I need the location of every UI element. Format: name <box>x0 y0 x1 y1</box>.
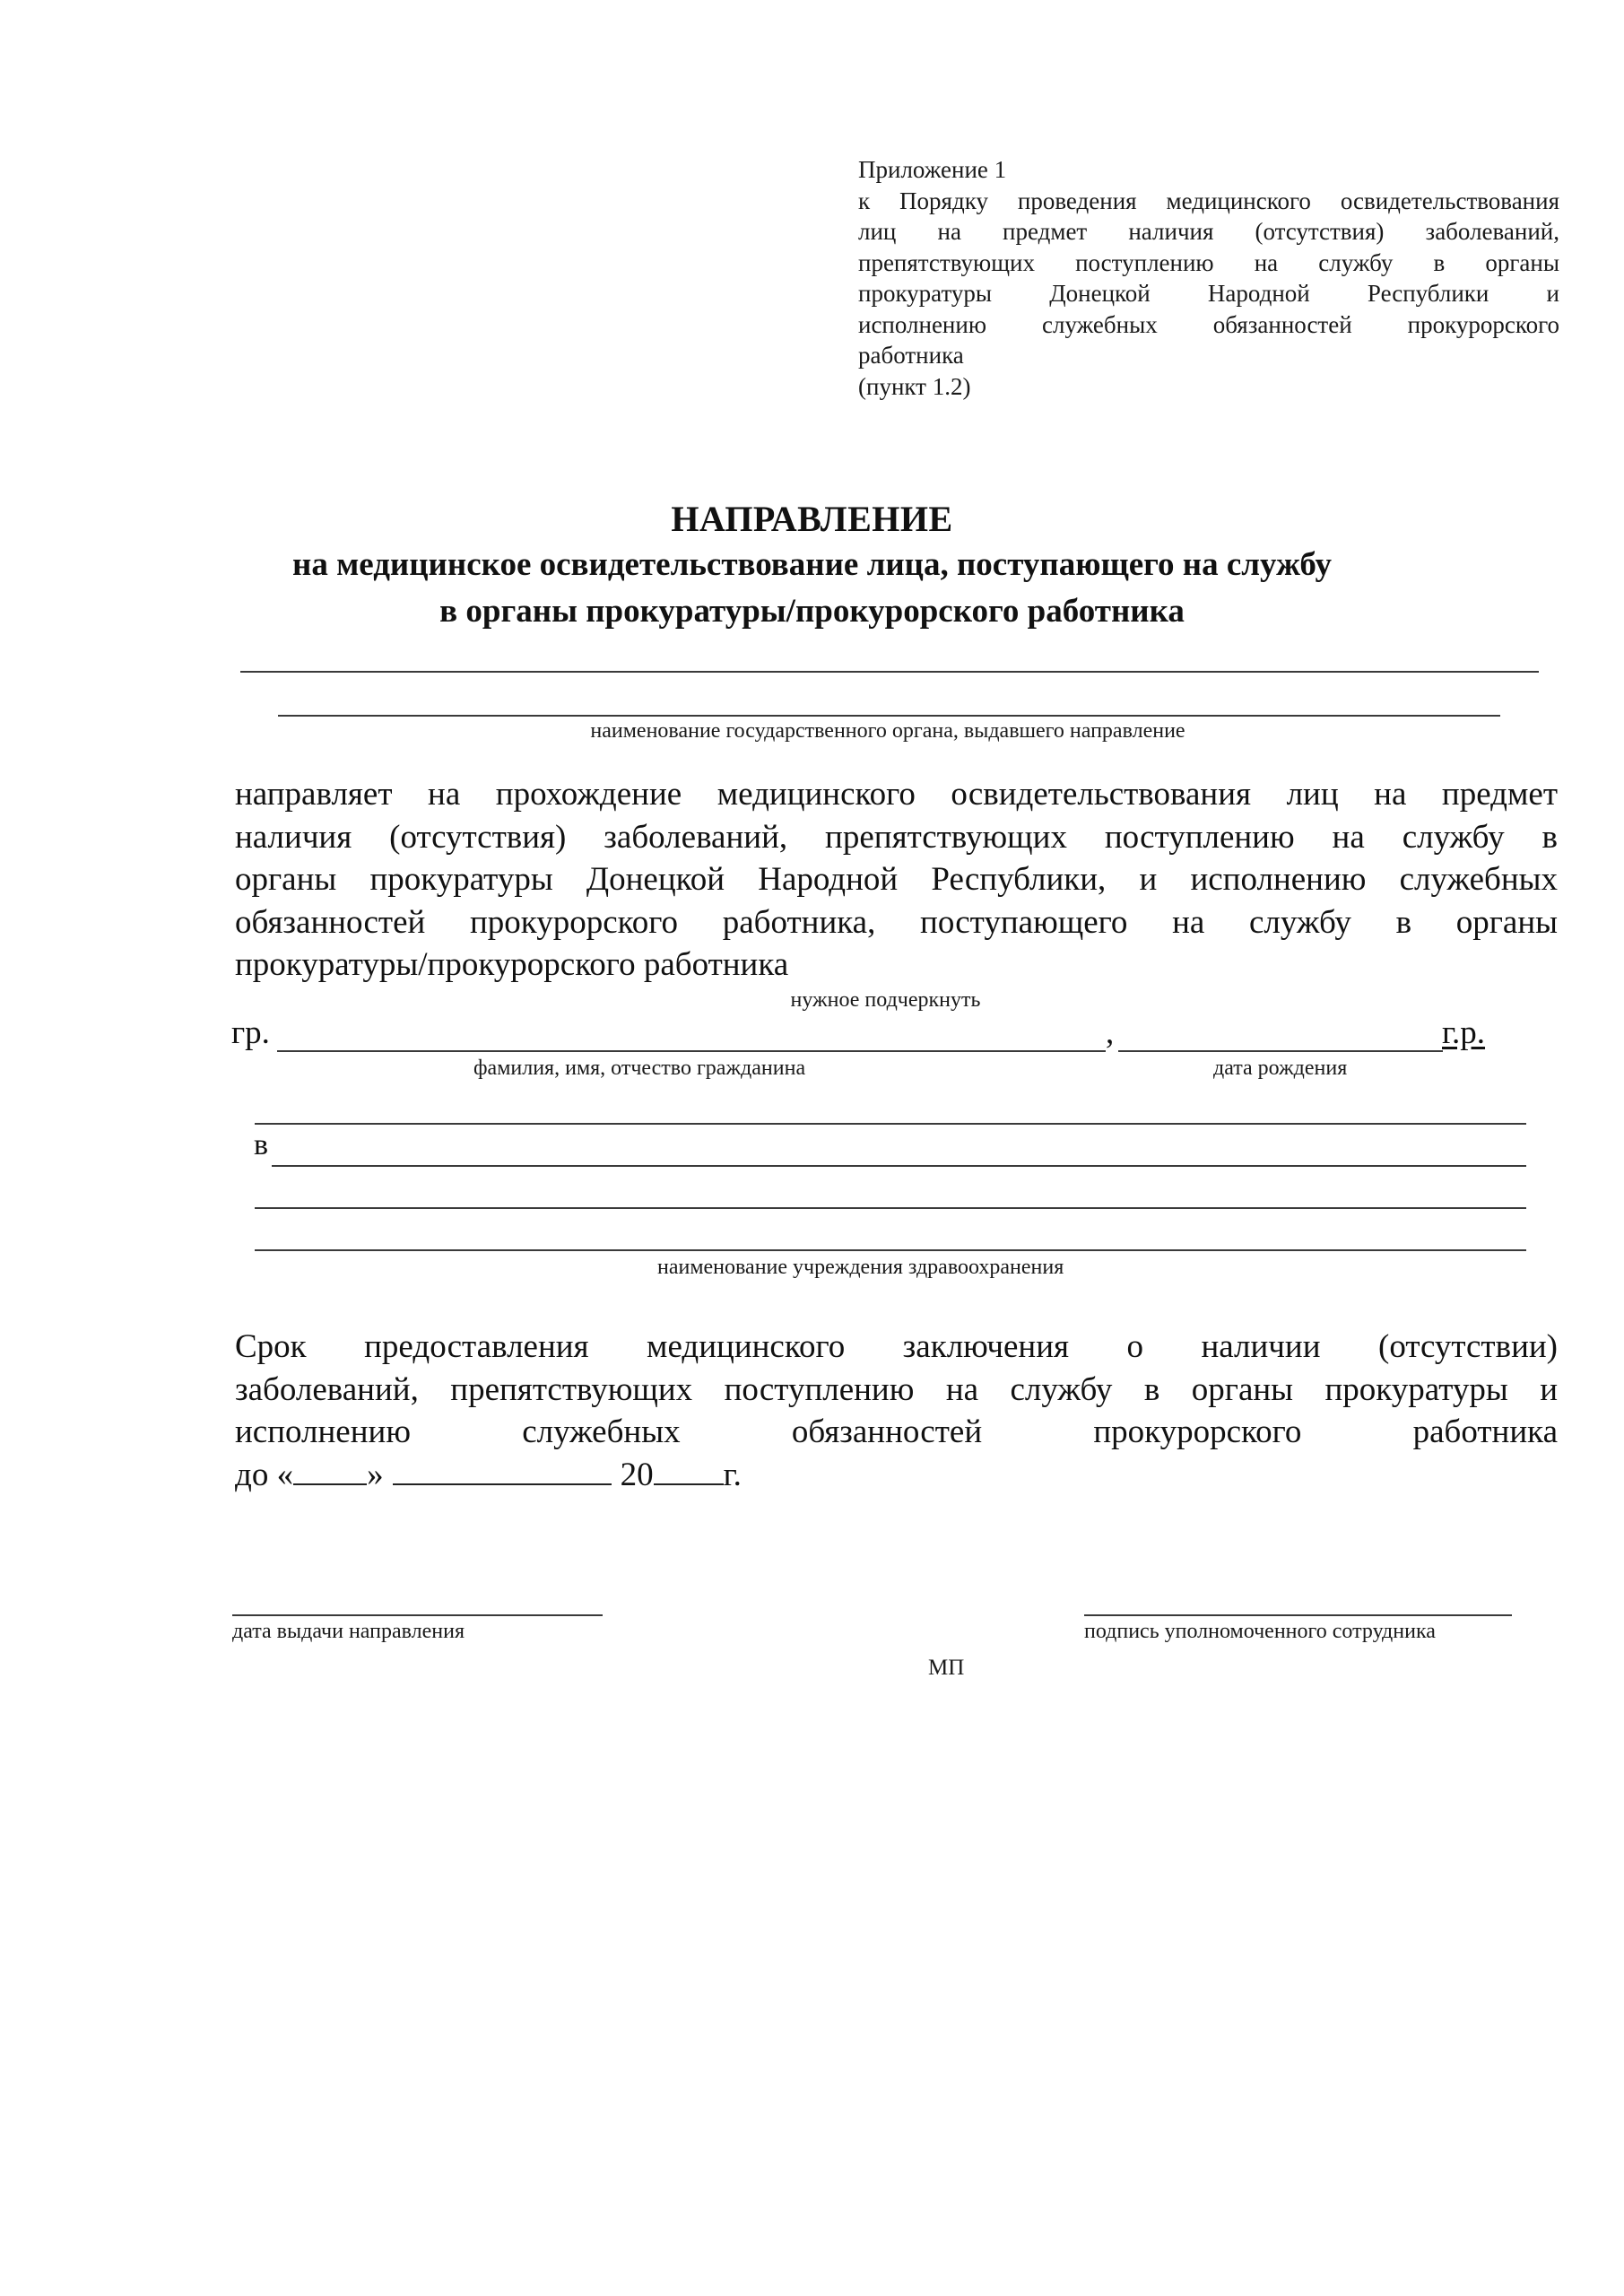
deadline-day-field[interactable] <box>293 1457 367 1485</box>
issuer-field-line-1[interactable] <box>240 671 1539 673</box>
institution-field-line-4[interactable] <box>255 1249 1526 1251</box>
deadline-line: Срок предоставления медицинского заключе… <box>235 1326 1558 1369</box>
citizen-prefix: гр. <box>231 1013 270 1052</box>
body-line: направляет на прохождение медицинского о… <box>235 773 1558 816</box>
citizen-comma: , <box>1106 1013 1114 1052</box>
issue-date-field[interactable] <box>232 1614 603 1616</box>
deadline-month-field[interactable] <box>393 1457 612 1485</box>
appendix-line: исполнению служебных обязанностей прокур… <box>858 309 1559 341</box>
deadline-year-field[interactable] <box>654 1457 724 1485</box>
body-line: обязанностей прокурорского работника, по… <box>235 901 1558 944</box>
deadline-year-suffix: г. <box>724 1457 742 1493</box>
appendix-line: (пункт 1.2) <box>858 371 1559 403</box>
body-paragraph: направляет на прохождение медицинского о… <box>235 773 1558 987</box>
signature-caption: подпись уполномоченного сотрудника <box>1084 1620 1436 1644</box>
appendix-heading: Приложение 1 <box>858 154 1559 186</box>
appendix-line: лиц на предмет наличия (отсутствия) забо… <box>858 216 1559 248</box>
institution-caption: наименование учреждения здравоохранения <box>657 1256 1064 1280</box>
deadline-date-prefix: до « <box>235 1457 293 1493</box>
issue-date-caption: дата выдачи направления <box>232 1620 465 1644</box>
institution-field-line-2[interactable] <box>272 1165 1526 1167</box>
underline-hint: нужное подчеркнуть <box>0 988 1624 1013</box>
appendix-line: препятствующих поступлению на службу в о… <box>858 248 1559 279</box>
citizen-dob-caption: дата рождения <box>1213 1057 1347 1081</box>
document-subtitle-line-1: на медицинское освидетельствование лица,… <box>0 545 1624 584</box>
issuer-field-line-2[interactable] <box>278 715 1500 717</box>
document-subtitle-line-2: в органы прокуратуры/прокурорского работ… <box>0 592 1624 631</box>
signature-field[interactable] <box>1084 1614 1512 1616</box>
appendix-note: Приложение 1 к Порядку проведения медици… <box>858 154 1559 402</box>
citizen-name-field[interactable] <box>277 1050 1106 1052</box>
stamp-placeholder: МП <box>928 1656 964 1681</box>
document-title: НАПРАВЛЕНИЕ <box>0 498 1624 540</box>
appendix-line: прокуратуры Донецкой Народной Республики… <box>858 278 1559 309</box>
deadline-year-prefix: 20 <box>621 1457 654 1493</box>
institution-field-line-1[interactable] <box>255 1123 1526 1125</box>
appendix-line: к Порядку проведения медицинского освиде… <box>858 186 1559 217</box>
deadline-date-line: до «»20г. <box>235 1454 1558 1497</box>
deadline-paragraph: Срок предоставления медицинского заключе… <box>235 1326 1558 1496</box>
appendix-line: работника <box>858 340 1559 371</box>
body-line: наличия (отсутствия) заболеваний, препят… <box>235 816 1558 859</box>
citizen-name-caption: фамилия, имя, отчество гражданина <box>473 1057 805 1081</box>
citizen-dob-field[interactable] <box>1118 1050 1443 1052</box>
institution-prefix: в <box>254 1128 268 1162</box>
deadline-date-mid: » <box>367 1457 384 1493</box>
body-line: органы прокуратуры Донецкой Народной Рес… <box>235 858 1558 901</box>
institution-field-line-3[interactable] <box>255 1207 1526 1209</box>
deadline-line: заболеваний, препятствующих поступлению … <box>235 1369 1558 1412</box>
body-line: прокуратуры/прокурорского работника <box>235 944 1558 987</box>
issuer-caption: наименование государственного органа, вы… <box>0 719 1624 744</box>
deadline-line: исполнению служебных обязанностей прокур… <box>235 1411 1558 1454</box>
dob-suffix: г.р. <box>1442 1013 1485 1052</box>
